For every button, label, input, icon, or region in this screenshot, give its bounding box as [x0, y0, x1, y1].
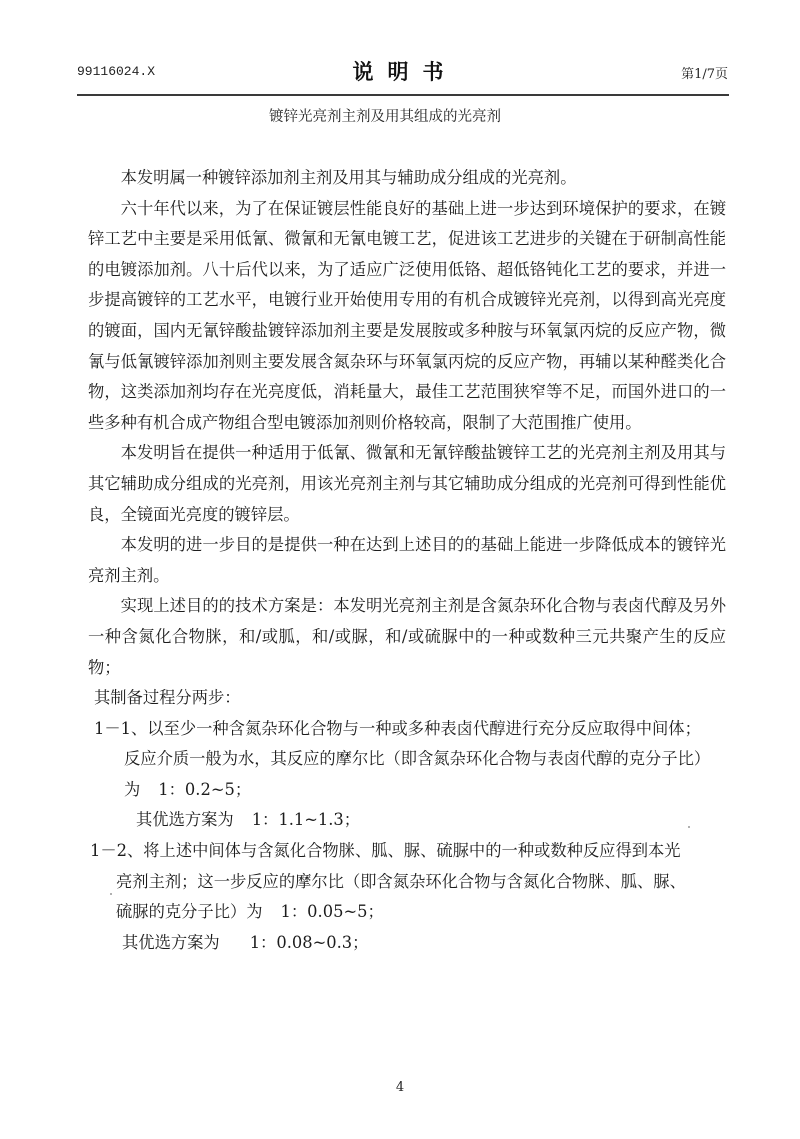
steps-intro: 其制备过程分两步： [88, 683, 726, 714]
step-heading: 1－2、将上述中间体与含氮化合物脒、胍、脲、硫脲中的一种或数种反应得到本光 [88, 836, 726, 867]
preferred-label: 其优选方案为 [136, 810, 234, 829]
page-indicator: 第1/7页 [681, 63, 728, 82]
step-line: 亮剂主剂；这一步反应的摩尔比（即含氮杂环化合物与含氮化合物脒、胍、脲、 [88, 867, 726, 898]
step-ratio-line: 为1：0.2~5； [88, 775, 726, 806]
preferred-value: 1：0.08~0.3； [250, 933, 369, 952]
paragraph: 本发明的进一步目的是提供一种在达到上述目的的基础上能进一步降低成本的镀锌光亮剂主… [88, 530, 726, 591]
document-body: 本发明属一种镀锌添加剂主剂及用其与辅助成分组成的光亮剂。 六十年代以来，为了在保… [88, 163, 726, 958]
step-heading: 1－1、以至少一种含氮杂环化合物与一种或多种表卤代醇进行充分反应取得中间体； [88, 714, 726, 745]
preferred-value: 1：1.1~1.3； [252, 810, 360, 829]
ratio-label: 为 [124, 780, 140, 799]
step-1-2: 1－2、将上述中间体与含氮化合物脒、胍、脲、硫脲中的一种或数种反应得到本光 亮剂… [88, 836, 726, 958]
paragraph: 本发明旨在提供一种适用于低氰、微氰和无氰锌酸盐镀锌工艺的光亮剂主剂及用其与其它辅… [88, 438, 726, 530]
preferred-label: 其优选方案为 [122, 933, 220, 952]
patent-page: 99116024.X 说明书 第1/7页 镀锌光亮剂主剂及用其组成的光亮剂 本发… [0, 0, 800, 1139]
paragraph: 六十年代以来，为了在保证镀层性能良好的基础上进一步达到环境保护的要求，在镀锌工艺… [88, 194, 726, 439]
step-1-1: 1－1、以至少一种含氮杂环化合物与一种或多种表卤代醇进行充分反应取得中间体； 反… [88, 714, 726, 836]
ratio-value: 1：0.2~5； [158, 780, 251, 799]
header-divider [77, 94, 729, 96]
step-preferred-line: 其优选方案为1：0.08~0.3； [88, 928, 726, 959]
ratio-label: 硫脲的克分子比）为 [116, 902, 263, 921]
scan-speck [688, 826, 690, 828]
page-number: 4 [0, 1080, 800, 1095]
paragraph: 本发明属一种镀锌添加剂主剂及用其与辅助成分组成的光亮剂。 [88, 163, 726, 194]
scan-speck [110, 893, 112, 895]
page-heading: 说明书 [0, 56, 800, 86]
step-line: 反应介质一般为水，其反应的摩尔比（即含氮杂环化合物与表卤代醇的克分子比） [88, 744, 726, 775]
step-ratio-line: 硫脲的克分子比）为1：0.05~5； [88, 897, 726, 928]
ratio-value: 1：0.05~5； [281, 902, 384, 921]
paragraph: 实现上述目的的技术方案是：本发明光亮剂主剂是含氮杂环化合物与表卤代醇及另外一种含… [88, 591, 726, 683]
step-preferred-line: 其优选方案为1：1.1~1.3； [88, 805, 726, 836]
document-title: 镀锌光亮剂主剂及用其组成的光亮剂 [0, 105, 800, 126]
